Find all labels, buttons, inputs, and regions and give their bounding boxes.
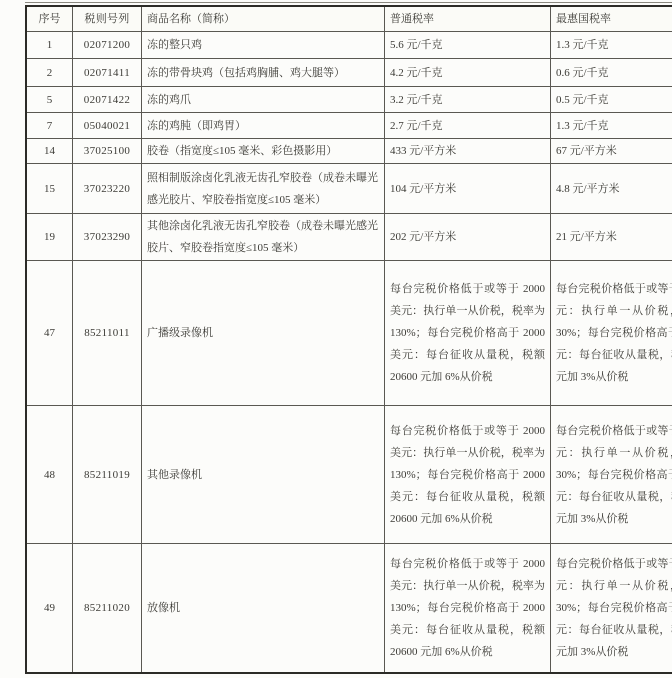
cell-code: 37023290	[73, 214, 142, 261]
cell-code: 85211020	[73, 544, 142, 673]
table-row: 705040021冻的鸡肫（即鸡胃）2.7 元/千克1.3 元/千克	[26, 113, 672, 139]
cell-name: 其他录像机	[142, 406, 385, 544]
cell-general: 每台完税价格低于或等于 2000 美元：执行单一从价税，税率为 130%；每台完…	[385, 406, 551, 544]
cell-code: 37023220	[73, 164, 142, 214]
cell-general: 4.2 元/千克	[385, 59, 551, 87]
table-row: 1537023220照相制版涂卤化乳液无齿孔窄胶卷（成卷未曝光感光胶片、窄胶卷指…	[26, 164, 672, 214]
column-header-code: 税则号列	[73, 6, 142, 32]
table-row: 1437025100胶卷（指宽度≤105 毫米、彩色摄影用）433 元/平方米6…	[26, 139, 672, 164]
cell-name: 广播级录像机	[142, 261, 385, 406]
table-header-row: 序号税则号列商品名称（简称）普通税率最惠国税率	[26, 6, 672, 32]
cell-mfn: 每台完税价格低于或等于 2000 美元：执行单一从价税，税率为 30%；每台完税…	[551, 406, 672, 544]
cell-general: 5.6 元/千克	[385, 32, 551, 59]
cell-general: 3.2 元/千克	[385, 87, 551, 113]
cell-seq: 48	[26, 406, 73, 544]
cell-seq: 19	[26, 214, 73, 261]
cell-mfn: 每台完税价格低于或等于 2000 美元：执行单一从价税，税率为 30%；每台完税…	[551, 261, 672, 406]
cell-general: 每台完税价格低于或等于 2000 美元：执行单一从价税，税率为 130%；每台完…	[385, 261, 551, 406]
document-page: 序号税则号列商品名称（简称）普通税率最惠国税率 102071200冻的整只鸡5.…	[0, 0, 672, 678]
table-row: 102071200冻的整只鸡5.6 元/千克1.3 元/千克	[26, 32, 672, 59]
table-row: 502071422冻的鸡爪3.2 元/千克0.5 元/千克	[26, 87, 672, 113]
cell-seq: 14	[26, 139, 73, 164]
cell-seq: 2	[26, 59, 73, 87]
cell-general: 2.7 元/千克	[385, 113, 551, 139]
cell-seq: 15	[26, 164, 73, 214]
cell-code: 37025100	[73, 139, 142, 164]
table-row: 4785211011广播级录像机每台完税价格低于或等于 2000 美元：执行单一…	[26, 261, 672, 406]
cell-mfn: 4.8 元/平方米	[551, 164, 672, 214]
table-row: 202071411冻的带骨块鸡（包括鸡胸脯、鸡大腿等）4.2 元/千克0.6 元…	[26, 59, 672, 87]
cell-code: 85211011	[73, 261, 142, 406]
column-header-seq: 序号	[26, 6, 73, 32]
cell-general: 202 元/平方米	[385, 214, 551, 261]
table-row: 4985211020放像机每台完税价格低于或等于 2000 美元：执行单一从价税…	[26, 544, 672, 673]
cell-mfn: 0.6 元/千克	[551, 59, 672, 87]
cell-name: 冻的鸡肫（即鸡胃）	[142, 113, 385, 139]
cell-name: 放像机	[142, 544, 385, 673]
cell-seq: 5	[26, 87, 73, 113]
table-body: 102071200冻的整只鸡5.6 元/千克1.3 元/千克202071411冻…	[26, 32, 672, 673]
table-row: 4885211019其他录像机每台完税价格低于或等于 2000 美元：执行单一从…	[26, 406, 672, 544]
cell-mfn: 1.3 元/千克	[551, 32, 672, 59]
cell-mfn: 67 元/平方米	[551, 139, 672, 164]
cell-name: 冻的鸡爪	[142, 87, 385, 113]
table-row: 1937023290其他涂卤化乳液无齿孔窄胶卷（成卷未曝光感光胶片、窄胶卷指宽度…	[26, 214, 672, 261]
cell-mfn: 0.5 元/千克	[551, 87, 672, 113]
cell-name: 冻的带骨块鸡（包括鸡胸脯、鸡大腿等）	[142, 59, 385, 87]
cell-seq: 49	[26, 544, 73, 673]
tariff-table: 序号税则号列商品名称（简称）普通税率最惠国税率 102071200冻的整只鸡5.…	[25, 5, 672, 674]
cell-seq: 47	[26, 261, 73, 406]
table-head: 序号税则号列商品名称（简称）普通税率最惠国税率	[26, 6, 672, 32]
cell-seq: 1	[26, 32, 73, 59]
cell-general: 每台完税价格低于或等于 2000 美元：执行单一从价税，税率为 130%；每台完…	[385, 544, 551, 673]
cell-code: 02071422	[73, 87, 142, 113]
cell-name: 其他涂卤化乳液无齿孔窄胶卷（成卷未曝光感光胶片、窄胶卷指宽度≤105 毫米）	[142, 214, 385, 261]
column-header-general: 普通税率	[385, 6, 551, 32]
cell-mfn: 每台完税价格低于或等于 2000 美元：执行单一从价税，税率为 30%；每台完税…	[551, 544, 672, 673]
column-header-mfn: 最惠国税率	[551, 6, 672, 32]
cell-code: 02071200	[73, 32, 142, 59]
column-header-name: 商品名称（简称）	[142, 6, 385, 32]
cell-mfn: 1.3 元/千克	[551, 113, 672, 139]
cell-name: 冻的整只鸡	[142, 32, 385, 59]
cell-code: 02071411	[73, 59, 142, 87]
cell-code: 05040021	[73, 113, 142, 139]
cell-general: 104 元/平方米	[385, 164, 551, 214]
cell-name: 照相制版涂卤化乳液无齿孔窄胶卷（成卷未曝光感光胶片、窄胶卷指宽度≤105 毫米）	[142, 164, 385, 214]
cell-seq: 7	[26, 113, 73, 139]
cell-general: 433 元/平方米	[385, 139, 551, 164]
cell-name: 胶卷（指宽度≤105 毫米、彩色摄影用）	[142, 139, 385, 164]
cell-mfn: 21 元/平方米	[551, 214, 672, 261]
cell-code: 85211019	[73, 406, 142, 544]
